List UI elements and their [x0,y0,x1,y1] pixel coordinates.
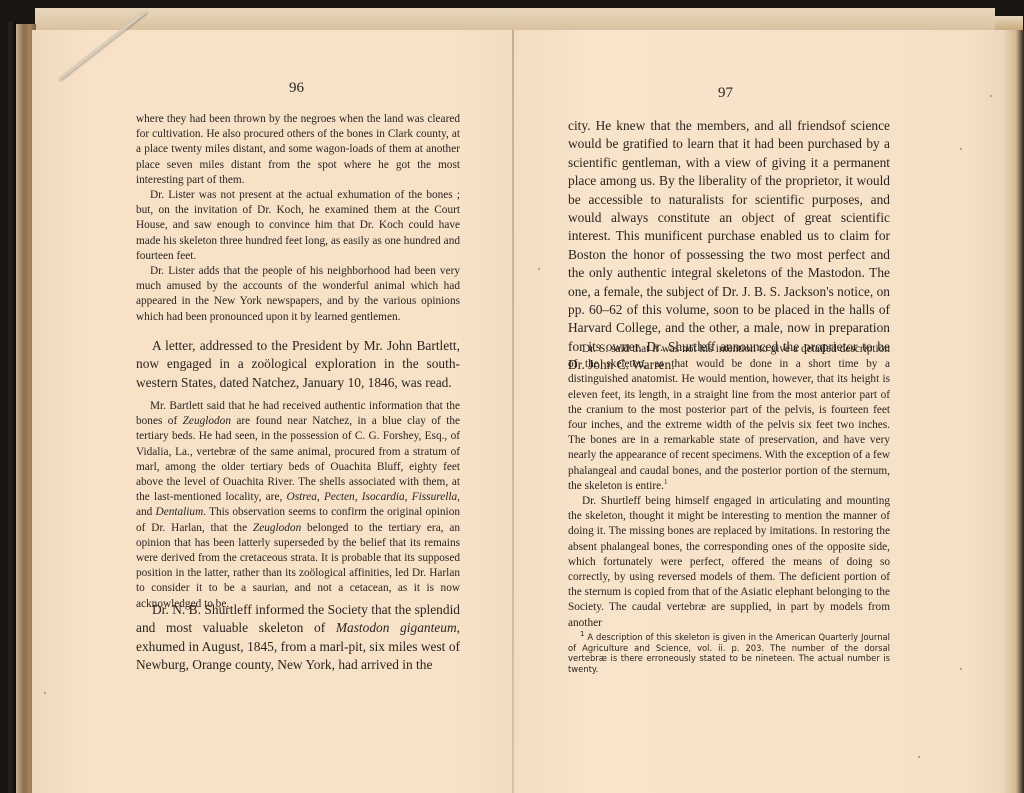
paragraph-text: Dr. S. said that it was not his intentio… [568,343,890,492]
page-edges-right [1004,30,1024,793]
page-number-left: 96 [289,80,304,97]
footnote-ref: 1 [664,478,668,486]
dust-speck [44,692,46,694]
paragraph: A letter, addressed to the President by … [136,337,460,392]
left-text-top: where they had been thrown by the negroe… [136,112,460,325]
right-text-top: city. He knew that the members, and all … [568,117,890,375]
paragraph: Dr. Shurtleff being himself engaged in a… [568,494,890,631]
dust-speck [960,148,962,150]
paragraph: Dr. N. B. Shurtleff informed the Society… [136,601,460,675]
left-shurtleff-heading: Dr. N. B. Shurtleff informed the Society… [136,601,460,675]
dust-speck [990,95,992,97]
book-spine [6,22,16,793]
paragraph: Mr. Bartlett said that he had received a… [136,399,460,612]
footnote: 1 A description of this skeleton is give… [568,632,890,674]
book-gutter [512,30,514,793]
dust-speck [538,268,540,270]
dust-speck [918,756,920,758]
paragraph: Dr. Lister adds that the people of his n… [136,264,460,325]
page-stack-top [35,8,995,32]
footnote-marker: 1 [580,630,584,638]
footnote-body: A description of this skeleton is given … [568,632,890,674]
paragraph: where they had been thrown by the negroe… [136,112,460,188]
paragraph: Dr. S. said that it was not his intentio… [568,342,890,494]
paragraph: Dr. Lister was not present at the actual… [136,188,460,264]
left-bartlett-body: Mr. Bartlett said that he had received a… [136,399,460,612]
paragraph: city. He knew that the members, and all … [568,117,890,375]
left-bartlett-heading: A letter, addressed to the President by … [136,337,460,392]
page-number-right: 97 [718,85,733,102]
dust-speck [960,668,962,670]
right-text-body: Dr. S. said that it was not his intentio… [568,342,890,631]
footnote-text: 1 A description of this skeleton is give… [568,632,890,674]
